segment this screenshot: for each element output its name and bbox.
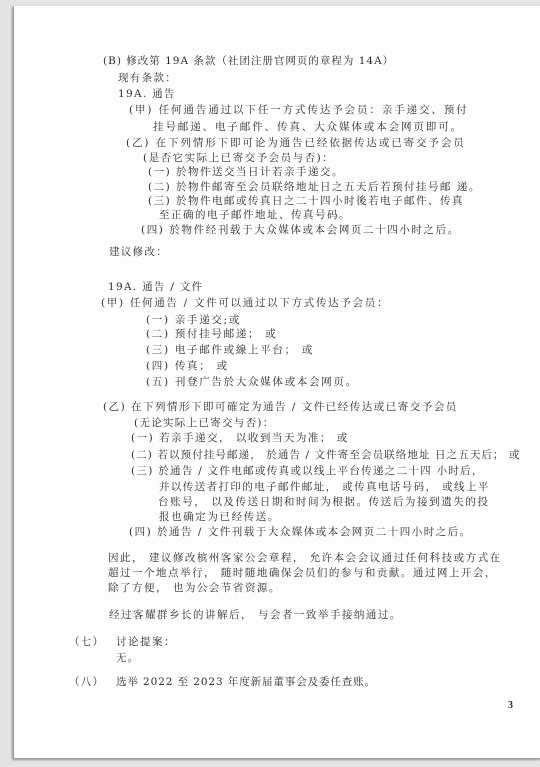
proposed-jia-line1: (甲) 任何通告 / 文件可以通过以下方式传达予会员： <box>101 296 389 310</box>
proposed-yi-item-3: (三) 於通告 / 文件电邮或传真或以线上平台传递之二十四 小时后， <box>131 464 484 478</box>
existing-jia-line1: (甲) 任何通告通过以下任一方式传达予会员：亲手递交、预付 <box>129 103 469 117</box>
proposed-jia-item-1: (一) 亲手递交;或 <box>146 313 241 327</box>
existing-item-4: (四) 於物件经刊载于大众媒体或本会网页二十四小时之后。 <box>141 223 460 237</box>
proposed-yi-item-3-cont1: 并以传送者打印的电子邮件邮址， 或传真电话号码， 或线上平 <box>159 480 490 494</box>
proposed-yi-item-3-cont3: 报也确定为已经传送。 <box>159 510 280 524</box>
proposed-label: 建议修改： <box>109 245 168 259</box>
document-page: (B) 修改第 19A 条款（社团注册官网页的章程为 14A） 现有条款： 19… <box>13 6 540 759</box>
rationale-line-3: 除了方便， 也为公会节省资源。 <box>108 581 281 595</box>
proposed-jia-item-4: (四) 传真； 或 <box>146 359 229 373</box>
item-7-content: 无。 <box>116 651 140 665</box>
existing-yi-line2: (是否它实际上已寄交予会员与否)： <box>143 151 334 165</box>
proposed-yi-item-4: (四) 於通告 / 文件刊载于大众媒体或本会网页二十四小时之后。 <box>129 525 472 539</box>
existing-item-2: (二) 於物件邮寄至会员联络地址日之五天后若预付挂号邮 递。 <box>148 180 481 194</box>
item-7-number: （七） <box>69 635 104 649</box>
existing-yi-line1: (乙) 在下列情形下即可论为通告已经依据传达或已寄交予会员 <box>126 136 466 150</box>
proposed-clause-title: 19A. 通告 / 文件 <box>108 280 203 294</box>
proposed-yi-item-2: (二) 若以预付挂号邮递， 於通告 / 文件寄至会员联络地址 日之五天后； 或 <box>131 448 521 462</box>
item-8-title: 选举 2022 至 2023 年度新届董事会及委任查账。 <box>116 675 376 689</box>
existing-item-1: (一) 於物件送交当日计若亲手递交。 <box>148 165 344 179</box>
section-heading: (B) 修改第 19A 条款（社团注册官网页的章程为 14A） <box>103 54 394 68</box>
proposed-yi-line2: (无论实际上已寄交与否)： <box>134 416 275 430</box>
proposed-jia-item-3: (三) 电子邮件或線上平台； 或 <box>146 343 314 357</box>
existing-item-3: (三) 於物件电邮或传真日之二十四小时後若电子邮件、传真 <box>148 194 464 208</box>
item-7-title: 讨论提案： <box>116 635 176 649</box>
existing-jia-line2: 挂号邮递、电子邮件、传真、大众媒体或本会网页即可。 <box>153 120 463 134</box>
resolution-text: 经过客耀群乡长的讲解后， 与会者一致举手接纳通过。 <box>109 608 402 622</box>
proposed-yi-item-3-cont2: 台账号， 以及传送日期和时间为根据。传送后为接到遗失的投 <box>158 495 490 509</box>
proposed-yi-line1: (乙) 在下列情形下即可確定为通告 / 文件已经传达或已寄交予会员 <box>103 400 458 414</box>
page-number: 3 <box>508 700 513 711</box>
proposed-jia-item-2: (二) 预付挂号邮递； 或 <box>146 327 277 341</box>
existing-clause-title: 19A. 通告 <box>118 87 176 101</box>
item-8-number: （八） <box>69 675 104 689</box>
existing-item-3-cont: 至正确的电子邮件地址、传真号码。 <box>159 208 351 222</box>
proposed-jia-item-5: (五) 刊登广告於大众媒体或本会网页。 <box>146 375 358 389</box>
existing-clause-label: 现有条款： <box>118 71 177 85</box>
rationale-line-2: 超过一个地点举行， 随时随地确保会员们的参与和贡献。通过网上开会， <box>108 566 497 580</box>
rationale-line-1: 因此， 建议修改槟州客家公会章程， 允许本会会议通过任何科技或方式在 <box>108 551 502 565</box>
proposed-yi-item-1: (一) 若亲手递交， 以收到当天为准； 或 <box>131 431 349 445</box>
